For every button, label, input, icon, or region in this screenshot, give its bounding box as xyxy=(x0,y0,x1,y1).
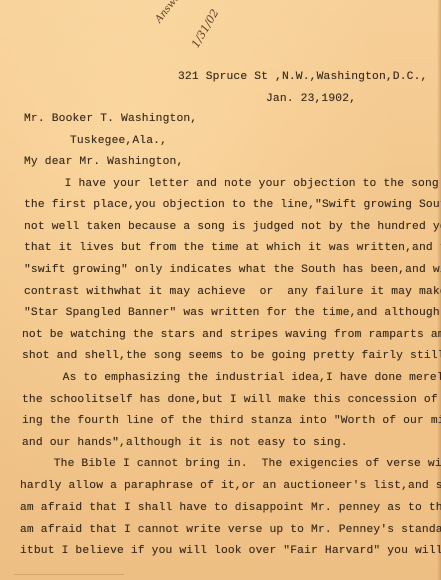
recipient-location: Tuskegee,Ala., xyxy=(70,135,167,148)
body-line: shot and shell,the song seems to be goin… xyxy=(22,350,441,363)
body-line: not be watching the stars and stripes wa… xyxy=(22,329,441,342)
body-line: I have your letter and note your objecti… xyxy=(30,178,441,191)
body-line: that it lives but from the time at which… xyxy=(24,242,441,255)
body-line: not well taken because a song is judged … xyxy=(24,221,441,234)
handwritten-annotation-answered: Answered xyxy=(153,0,193,25)
body-line: the schoolitself has done,but I will mak… xyxy=(22,394,441,407)
body-line: itbut I believe if you will look over "F… xyxy=(20,545,441,558)
salutation: My dear Mr. Washington, xyxy=(24,156,183,169)
body-line: "Star Spangled Banner" was written for t… xyxy=(24,307,441,320)
body-line: hardly allow a paraphrase of it,or an au… xyxy=(20,480,441,493)
letter-date: Jan. 23,1902, xyxy=(266,93,356,106)
body-line: The Bible I cannot bring in. The exigenc… xyxy=(26,458,441,471)
page-fold-line xyxy=(14,574,124,575)
sender-address: 321 Spruce St ,N.W.,Washington,D.C., xyxy=(178,71,427,84)
body-line: and our hands",although it is not easy t… xyxy=(22,437,348,450)
body-line: As to emphasizing the industrial idea,I … xyxy=(28,372,441,385)
handwritten-annotation-date: 1/31/02 xyxy=(189,7,221,50)
letter-page: Answered 1/31/02 321 Spruce St ,N.W.,Was… xyxy=(0,0,441,580)
body-line: the first place,you objection to the lin… xyxy=(24,199,441,212)
body-line: "swift growing" only indicates what the … xyxy=(24,264,441,277)
body-line: am afraid that I cannot write verse up t… xyxy=(20,524,441,537)
body-line: ing the fourth line of the third stanza … xyxy=(22,415,441,428)
recipient-name: Mr. Booker T. Washington, xyxy=(24,113,197,126)
body-line: contrast withwhat it may achieve or any … xyxy=(24,286,441,299)
body-line: am afraid that I shall have to disappoin… xyxy=(20,502,441,515)
